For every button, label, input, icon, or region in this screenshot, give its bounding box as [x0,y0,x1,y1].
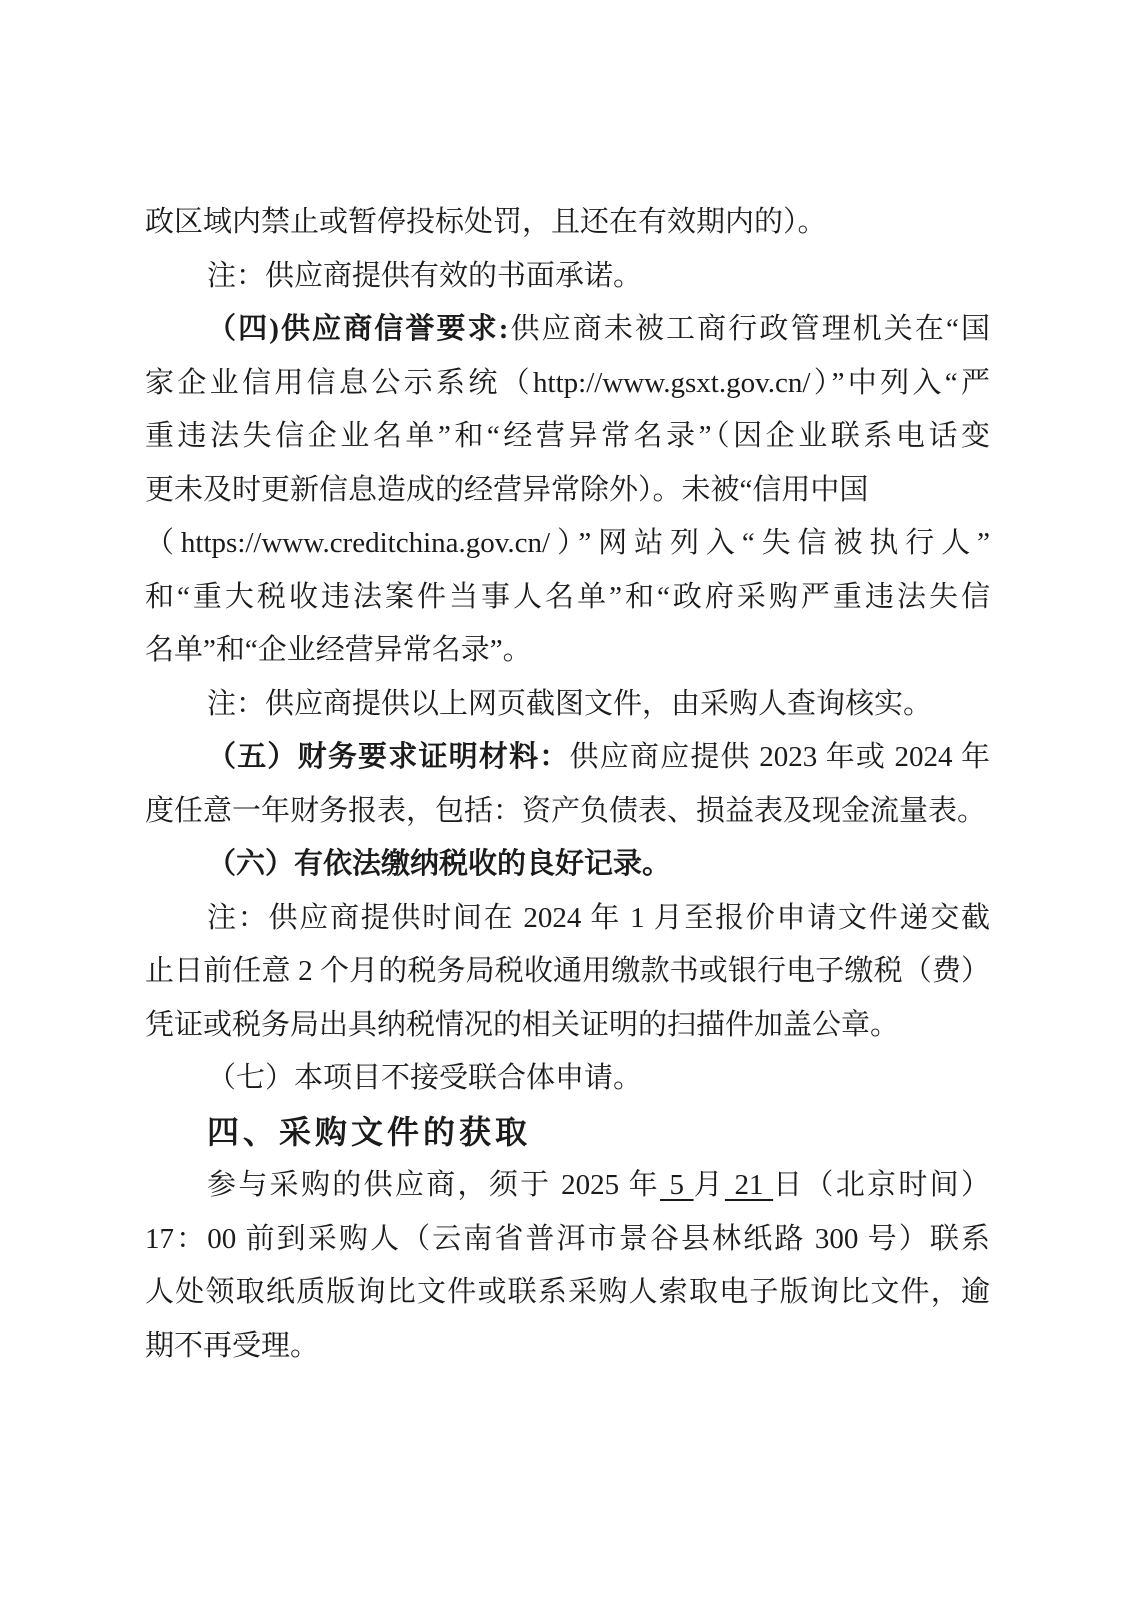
line-blacklist-continuation: 重违法失信企业名单”和“经营异常名录”（因企业联系电话变 [145,410,990,464]
text-segment: （七）本项目不接受联合体申请。 [207,1062,642,1094]
line-abnormal-operation-list: 名单”和“企业经营异常名录”。 [145,624,990,678]
text-segment: 注：供应商提供时间在 2024 年 1 月至报价申请文件递交截 [207,902,990,934]
line-penalty-clause-continuation: 政区域内禁止或暂停投标处罚，且还在有效期内的）。 [145,196,990,250]
line-exception-continuation: 更未及时更新信息造成的经营异常除外）。未被“信用中国 [145,464,990,518]
text-segment: 和“重大税收违法案件当事人名单”和“政府采购严重违法失信 [145,581,990,613]
text-segment: （ [145,527,181,559]
line-note-written-commitment: 注：供应商提供有效的书面承诺。 [145,250,990,304]
section-4-heading: 四、采购文件的获取 [207,1114,531,1150]
line-creditchina-url: （https://www.creditchina.gov.cn/）”网站列入“失… [145,517,990,571]
text-segment: 人处领取纸质版询比文件或联系采购人索取电子版询比文件，逾 [145,1276,990,1308]
clause-4-heading: （四)供应商信誉要求: [207,313,508,345]
line-clause-5-financial-proof: （五）财务要求证明材料：供应商应提供 2023 年或 2024 年 [145,731,990,785]
text-segment: 更未及时更新信息造成的经营异常除外）。未被“信用中国 [145,474,868,506]
text-segment: 止日前任意 2 个月的税务局税收通用缴款书或银行电子缴税（费） [145,955,990,987]
clause-6-heading: （六）有依法缴纳税收的良好记录。 [207,848,671,880]
text-segment: 月 [694,1169,725,1201]
text-segment: 注：供应商提供有效的书面承诺。 [207,260,642,292]
line-tax-violation-list: 和“重大税收违法案件当事人名单”和“政府采购严重违法失信 [145,571,990,625]
url-creditchina: https://www.creditchina.gov.cn/ [181,527,550,559]
document-body: 政区域内禁止或暂停投标处罚，且还在有效期内的）。注：供应商提供有效的书面承诺。（… [145,196,990,1373]
line-clause-6-tax-record: （六）有依法缴纳税收的良好记录。 [145,838,990,892]
line-credit-system-url: 家企业信用信息公示系统（http://www.gsxt.gov.cn/）”中列入… [145,357,990,411]
line-section-4-heading: 四、采购文件的获取 [145,1106,990,1160]
line-overdue-rejected: 期不再受理。 [145,1320,990,1374]
line-tax-payment-voucher: 止日前任意 2 个月的税务局税收通用缴款书或银行电子缴税（费） [145,945,990,999]
text-segment: 重违法失信企业名单”和“经营异常名录”（因企业联系电话变 [145,420,990,452]
line-document-collection: 人处领取纸质版询比文件或联系采购人索取电子版询比文件，逾 [145,1266,990,1320]
line-note-webpage-screenshot: 注：供应商提供以上网页截图文件，由采购人查询核实。 [145,678,990,732]
line-financial-statements: 度任意一年财务报表，包括：资产负债表、损益表及现金流量表。 [145,785,990,839]
deadline-day: 21 [725,1169,773,1201]
deadline-month: 5 [660,1169,694,1201]
text-segment: 期不再受理。 [145,1330,319,1362]
text-segment: 政区域内禁止或暂停投标处罚，且还在有效期内的）。 [145,206,827,238]
text-segment: 家企业信用信息公示系统（ [145,367,533,399]
text-segment: 参与采购的供应商，须于 2025 年 [207,1169,660,1201]
text-segment: ）”中列入“严 [810,367,990,399]
text-segment: 供应商应提供 2023 年或 2024 年 [570,741,991,773]
text-segment: 供应商未被工商行政管理机关在“国 [508,313,990,345]
line-clause-7-no-consortium: （七）本项目不接受联合体申请。 [145,1052,990,1106]
text-segment: 注：供应商提供以上网页截图文件，由采购人查询核实。 [207,688,932,720]
text-segment: 日（北京时间） [773,1169,990,1201]
line-tax-proof-stamp: 凭证或税务局出具纳税情况的相关证明的扫描件加盖公章。 [145,999,990,1053]
url-gsxt: http://www.gsxt.gov.cn/ [533,367,810,399]
text-segment: 17：00 前到采购人（云南省普洱市景谷县林纸路 300 号）联系 [145,1223,990,1255]
line-clause-4-credit-requirement: （四)供应商信誉要求:供应商未被工商行政管理机关在“国 [145,303,990,357]
clause-5-heading: （五）财务要求证明材料： [207,741,570,773]
text-segment: ）”网站列入“失信被执行人” [550,527,990,559]
line-note-tax-period: 注：供应商提供时间在 2024 年 1 月至报价申请文件递交截 [145,892,990,946]
line-obtain-deadline: 参与采购的供应商，须于 2025 年 5 月 21 日（北京时间） [145,1159,990,1213]
text-segment: 度任意一年财务报表，包括：资产负债表、损益表及现金流量表。 [145,795,986,827]
document-page: 政区域内禁止或暂停投标处罚，且还在有效期内的）。注：供应商提供有效的书面承诺。（… [0,0,1131,1600]
line-purchaser-address: 17：00 前到采购人（云南省普洱市景谷县林纸路 300 号）联系 [145,1213,990,1267]
text-segment: 凭证或税务局出具纳税情况的相关证明的扫描件加盖公章。 [145,1009,899,1041]
text-segment: 名单”和“企业经营异常名录”。 [145,634,532,666]
